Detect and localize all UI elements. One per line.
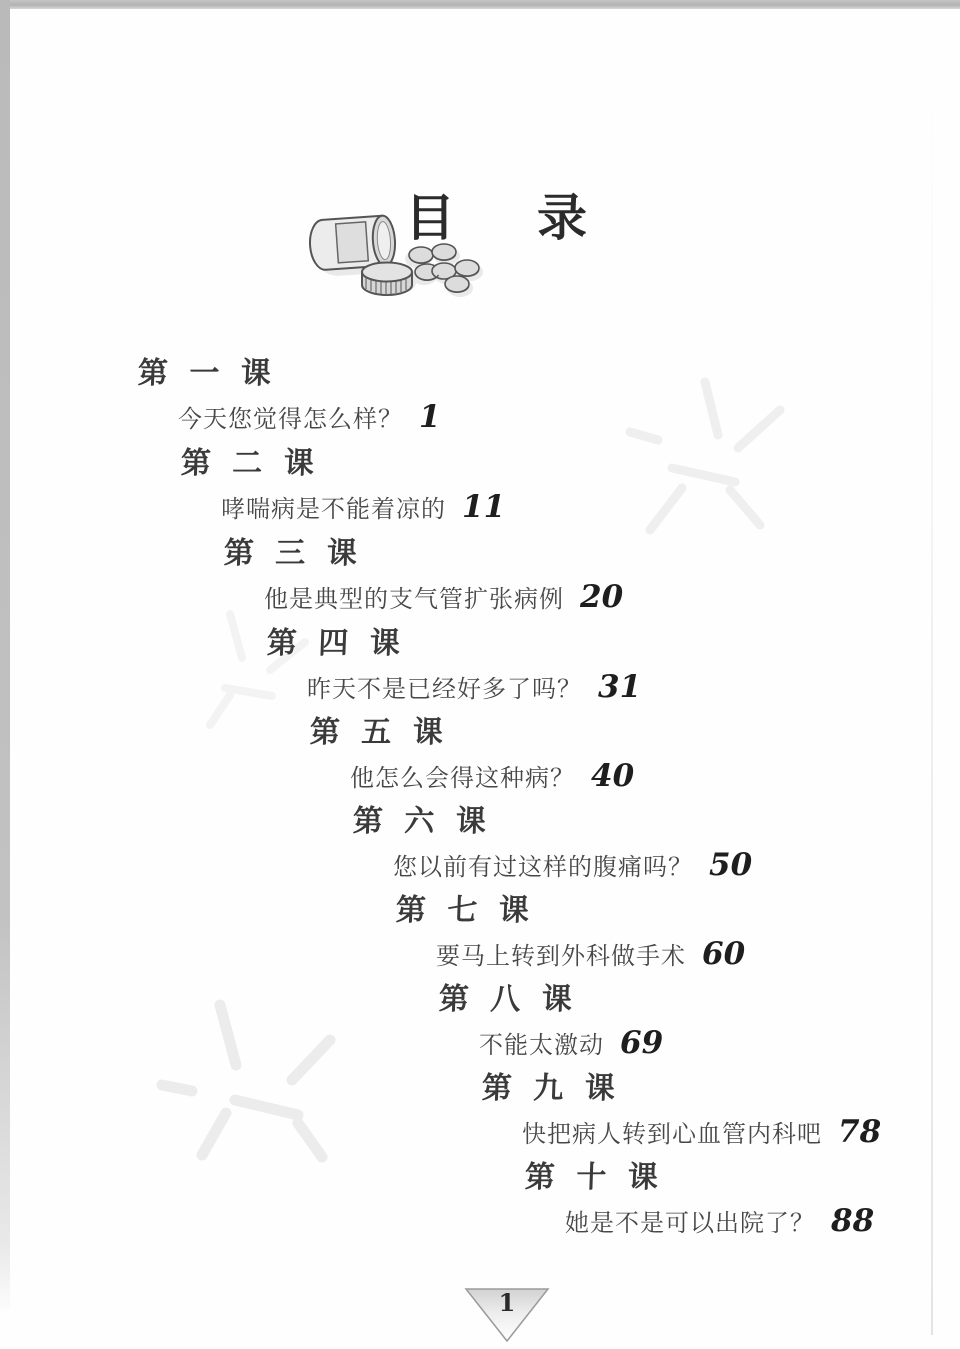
lesson-page-number: 69 <box>620 1025 663 1061</box>
lesson-number: 第 五 课 <box>309 707 635 751</box>
lesson-number: 第 二 课 <box>180 438 506 482</box>
lesson-number: 第 六 课 <box>352 796 753 840</box>
lesson-page-number: 50 <box>709 847 752 883</box>
lesson-page-number: 88 <box>831 1203 874 1239</box>
lesson-page-number: 78 <box>838 1114 881 1150</box>
lesson-number: 第 八 课 <box>438 974 664 1018</box>
lesson-title: 昨天不是已经好多了吗？ <box>307 677 582 703</box>
lesson-page-number: 40 <box>591 758 634 794</box>
toc-entry-lesson-4: 第 四 课 昨天不是已经好多了吗？31 <box>267 618 641 705</box>
lesson-page-number: 1 <box>419 399 441 435</box>
lesson-number: 第 四 课 <box>266 618 642 662</box>
lesson-number: 第 三 课 <box>223 528 624 572</box>
lesson-number: 第 七 课 <box>395 885 746 929</box>
lesson-title: 今天您觉得怎么样？ <box>178 407 403 433</box>
scan-edge-right <box>931 80 933 1335</box>
scan-edge-left <box>0 0 10 1310</box>
lesson-title: 要马上转到外科做手术 <box>436 944 686 970</box>
snowflake-watermark <box>140 985 390 1165</box>
toc-entry-lesson-5: 第 五 课 他怎么会得这种病？40 <box>310 707 634 794</box>
lesson-title: 她是不是可以出院了？ <box>565 1211 815 1237</box>
toc-entry-lesson-10: 第 十 课 她是不是可以出院了？88 <box>525 1152 874 1239</box>
lesson-title: 不能太激动 <box>479 1033 604 1059</box>
lesson-page-number: 20 <box>580 579 623 615</box>
lesson-title: 哮喘病是不能着凉的 <box>221 497 446 523</box>
lesson-title: 他怎么会得这种病？ <box>350 766 575 792</box>
lesson-page-number: 11 <box>462 489 505 525</box>
lesson-number: 第 十 课 <box>524 1152 875 1196</box>
toc-entry-lesson-3: 第 三 课 他是典型的支气管扩张病例20 <box>224 528 623 615</box>
toc-entry-lesson-2: 第 二 课 哮喘病是不能着凉的11 <box>181 438 505 525</box>
scan-edge-top <box>0 0 960 9</box>
lesson-page-number: 60 <box>702 936 745 972</box>
toc-entry-lesson-1: 第 一 课 今天您觉得怎么样？1 <box>138 348 441 435</box>
toc-entry-lesson-9: 第 九 课 快把病人转到心血管内科吧78 <box>482 1063 881 1150</box>
lesson-title: 您以前有过这样的腹痛吗？ <box>393 855 693 881</box>
lesson-number: 第 九 课 <box>481 1063 882 1107</box>
lesson-title: 他是典型的支气管扩张病例 <box>264 587 564 613</box>
lesson-page-number: 31 <box>598 669 641 705</box>
toc-entry-lesson-8: 第 八 课 不能太激动69 <box>439 974 663 1061</box>
toc-entry-lesson-6: 第 六 课 您以前有过这样的腹痛吗？50 <box>353 796 752 883</box>
lesson-number: 第 一 课 <box>137 348 441 392</box>
toc-entry-lesson-7: 第 七 课 要马上转到外科做手术60 <box>396 885 745 972</box>
lesson-title: 快把病人转到心血管内科吧 <box>522 1122 822 1148</box>
snowflake-watermark <box>610 370 800 540</box>
footer-page-number: 1 <box>463 1288 551 1317</box>
medicine-bottle-pills-illustration <box>300 205 500 310</box>
scanned-book-page: 目 录 <box>0 0 960 1349</box>
